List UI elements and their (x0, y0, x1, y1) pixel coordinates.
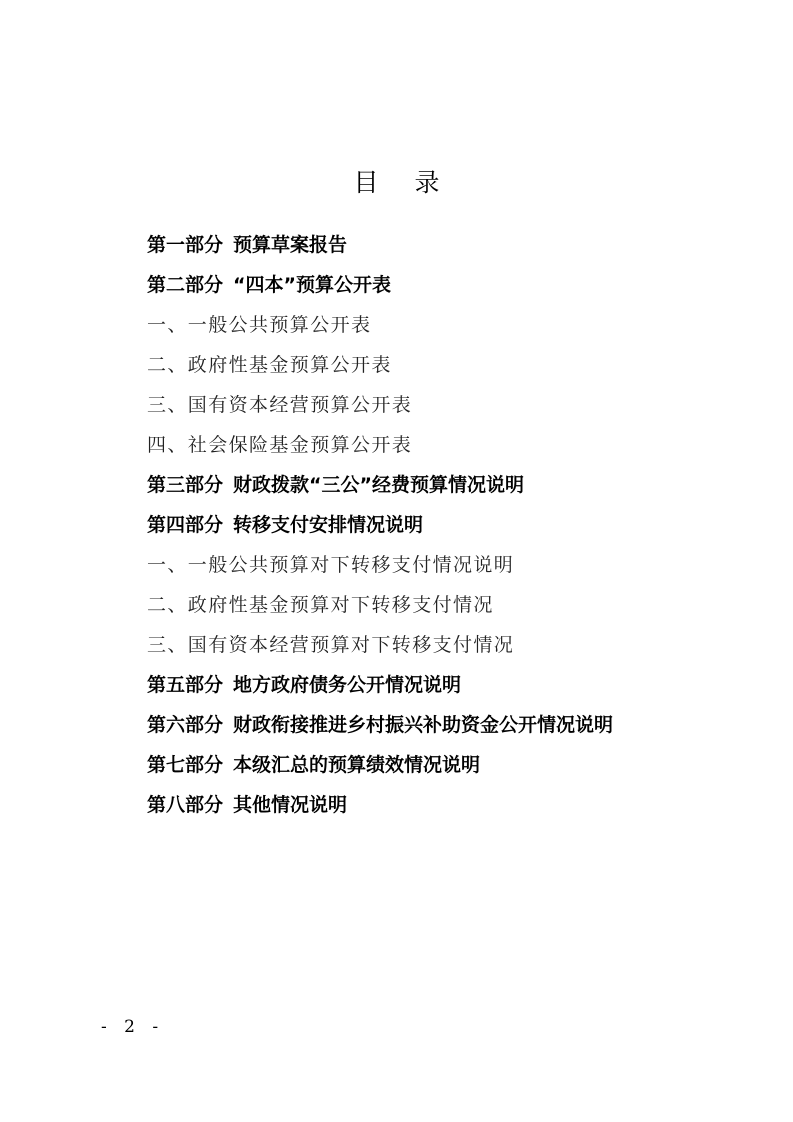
toc-item-part-7[interactable]: 第七部分本级汇总的预算绩效情况说明 (147, 750, 613, 790)
toc-item-part-5[interactable]: 第五部分地方政府债务公开情况说明 (147, 670, 613, 710)
toc-part-number: 第八部分 (147, 794, 223, 816)
page-title: 目 录 (0, 163, 793, 199)
page-number: - 2 - (101, 1017, 164, 1037)
toc-part-title: 预算草案报告 (233, 234, 347, 256)
toc-part-title: 本级汇总的预算绩效情况说明 (233, 754, 480, 776)
toc-subitem[interactable]: 二、政府性基金预算对下转移支付情况 (147, 590, 613, 630)
toc-item-part-8[interactable]: 第八部分其他情况说明 (147, 790, 613, 830)
toc-item-part-1[interactable]: 第一部分预算草案报告 (147, 230, 613, 270)
toc-subitem[interactable]: 二、政府性基金预算公开表 (147, 350, 613, 390)
toc-part-number: 第六部分 (147, 714, 223, 736)
toc-subitem[interactable]: 三、国有资本经营预算公开表 (147, 390, 613, 430)
toc-subitem[interactable]: 三、国有资本经营预算对下转移支付情况 (147, 630, 613, 670)
toc-part-title: 转移支付安排情况说明 (233, 514, 423, 536)
toc-subitem[interactable]: 四、社会保险基金预算公开表 (147, 430, 613, 470)
table-of-contents: 第一部分预算草案报告 第二部分“四本”预算公开表 一、一般公共预算公开表 二、政… (147, 230, 613, 830)
toc-item-part-3[interactable]: 第三部分财政拨款“三公”经费预算情况说明 (147, 470, 613, 510)
toc-part-number: 第五部分 (147, 674, 223, 696)
toc-part-title: 财政衔接推进乡村振兴补助资金公开情况说明 (233, 714, 613, 736)
toc-part-title: 其他情况说明 (233, 794, 347, 816)
toc-part-number: 第三部分 (147, 474, 223, 496)
toc-part-title: 财政拨款“三公”经费预算情况说明 (233, 474, 524, 496)
toc-item-part-6[interactable]: 第六部分财政衔接推进乡村振兴补助资金公开情况说明 (147, 710, 613, 750)
toc-part-title: “四本”预算公开表 (233, 274, 391, 296)
toc-part-number: 第二部分 (147, 274, 223, 296)
toc-part-title: 地方政府债务公开情况说明 (233, 674, 461, 696)
toc-subitem[interactable]: 一、一般公共预算对下转移支付情况说明 (147, 550, 613, 590)
toc-item-part-2[interactable]: 第二部分“四本”预算公开表 (147, 270, 613, 310)
toc-part-number: 第一部分 (147, 234, 223, 256)
toc-part-number: 第四部分 (147, 514, 223, 536)
toc-subitem[interactable]: 一、一般公共预算公开表 (147, 310, 613, 350)
toc-item-part-4[interactable]: 第四部分转移支付安排情况说明 (147, 510, 613, 550)
toc-part-number: 第七部分 (147, 754, 223, 776)
